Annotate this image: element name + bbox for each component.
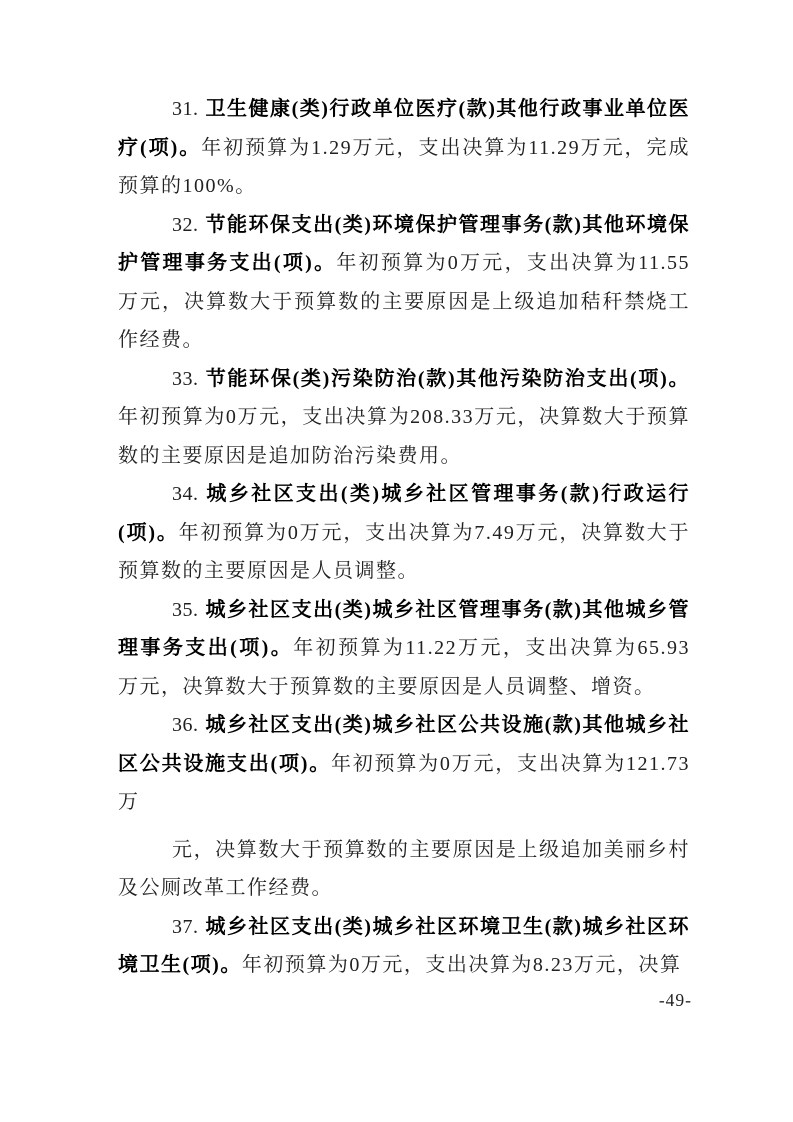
budget-item-paragraph-36: 36.城乡社区支出(类)城乡社区公共设施(款)其他城乡社区公共设施支出(项)。年…: [118, 706, 690, 822]
item-number: 31.: [172, 98, 199, 120]
item-body: 年初预算为0万元，支出决算为208.33万元，决算数大于预算数的主要原因是追加防…: [118, 406, 690, 467]
item-number: 33.: [172, 368, 199, 390]
item-body: 年初预算为0万元，支出决算为7.49万元，决算数大于预算数的主要原因是人员调整。: [118, 522, 690, 583]
document-page: 31.卫生健康(类)行政单位医疗(款)其他行政事业单位医疗(项)。年初预算为1.…: [0, 0, 793, 1122]
item-body: 年初预算为1.29万元，支出决算为11.29万元，完成预算的100%。: [118, 137, 690, 198]
item-number: 34.: [172, 483, 199, 505]
budget-item-paragraph-32: 32.节能环保支出(类)环境保护管理事务(款)其他环境保护管理事务支出(项)。年…: [118, 206, 690, 360]
item-number: 32.: [172, 214, 199, 236]
budget-item-paragraph-34: 34.城乡社区支出(类)城乡社区管理事务(款)行政运行(项)。年初预算为0万元，…: [118, 475, 690, 591]
item-body: 年初预算为0万元，支出决算为8.23万元，决算: [242, 954, 682, 976]
budget-item-paragraph-31: 31.卫生健康(类)行政单位医疗(款)其他行政事业单位医疗(项)。年初预算为1.…: [118, 90, 690, 206]
budget-item-paragraph-35: 35.城乡社区支出(类)城乡社区管理事务(款)其他城乡管理事务支出(项)。年初预…: [118, 591, 690, 707]
budget-item-paragraph-37: 37.城乡社区支出(类)城乡社区环境卫生(款)城乡社区环境卫生(项)。年初预算为…: [118, 908, 690, 985]
item-number: 35.: [172, 599, 199, 621]
document-text-block: 31.卫生健康(类)行政单位医疗(款)其他行政事业单位医疗(项)。年初预算为1.…: [118, 90, 690, 985]
budget-item-paragraph-33: 33.节能环保(类)污染防治(款)其他污染防治支出(项)。年初预算为0万元，支出…: [118, 360, 690, 476]
item-number: 36.: [172, 714, 199, 736]
budget-item-paragraph-36-continuation: 元，决算数大于预算数的主要原因是上级追加美丽乡村及公厕改革工作经费。: [118, 831, 690, 908]
item-number: 37.: [172, 916, 199, 938]
item-body: 元，决算数大于预算数的主要原因是上级追加美丽乡村及公厕改革工作经费。: [118, 839, 690, 900]
item-title: 节能环保(类)污染防治(款)其他污染防治支出(项)。: [206, 368, 691, 390]
page-number: -49-: [659, 990, 692, 1011]
